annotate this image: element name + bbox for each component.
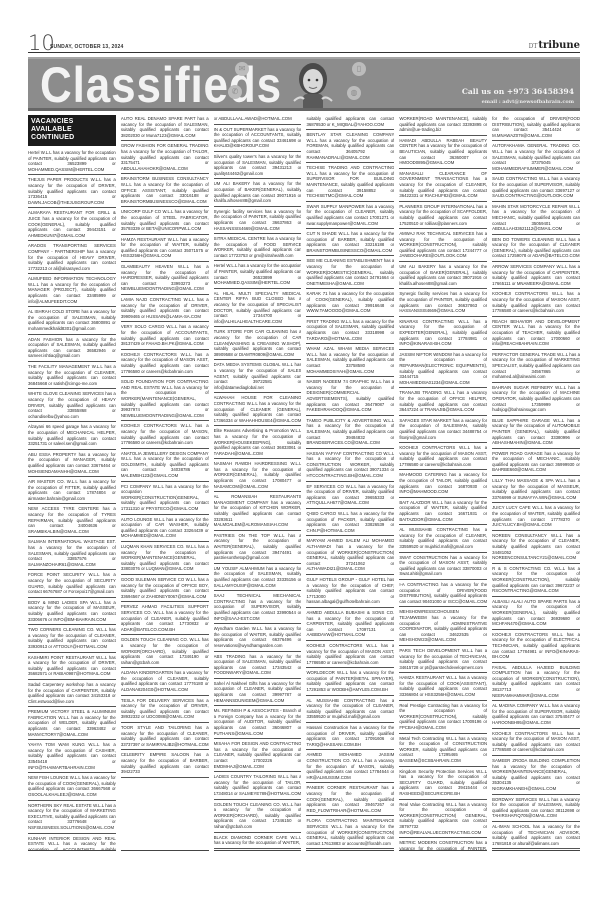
- ad-text: AIR MASTER CO. W.L.L has a vacancy for t…: [28, 479, 116, 501]
- classified-ad: KARAK 71 has a vacancy for the occupatio…: [306, 290, 394, 316]
- ad-text: HASSAN YAFYAF CONTRACTING CO W.L.L has a…: [306, 451, 394, 479]
- classified-ad: LADIES COUNTRY TAILORING W.L.L has a vac…: [214, 773, 302, 799]
- classified-ad: FLORA CONTRACTING MAINTENANCE SERVICES W…: [306, 817, 394, 849]
- classified-ad: Hertel W.L.L has a vacancy for the occup…: [214, 262, 302, 288]
- ad-text: GOLDEN TOUCH CLEANING CO. W.L.L has a va…: [214, 802, 302, 830]
- ad-text: TURK STORE FOR CAR CLEANING has a vacanc…: [214, 329, 302, 357]
- classified-ad: BORDWAY SERVICES W.L.L has a vacancy for…: [492, 796, 580, 822]
- ad-list: suitably qualified applicants can contac…: [306, 115, 394, 851]
- ad-text: KOOHEJI CONTRACTORS W.L.L has a vacancy …: [399, 445, 487, 467]
- classified-ad: ABU ESSA PROPERTY has a vacancy for the …: [28, 451, 116, 477]
- ad-text: FLORA CONTRACTING MAINTENANCE SERVICES W…: [306, 818, 394, 846]
- ad-text: BRAINSTORM BUSINESS CONSULTANCY W.L.L ha…: [121, 176, 209, 204]
- call-us-label: Call us on +973 36458394: [462, 87, 574, 96]
- ad-text: ABS TRADING has a vacancy for the occupa…: [214, 654, 302, 676]
- classified-ad: MAHIN STAR MOTORCYCLE REPAIR W.L.L has a…: [492, 203, 580, 235]
- ad-text: GULF HOTELS GROUP - GULF HOTEL has a vac…: [306, 577, 394, 605]
- ad-text: TWO CORNERS CLEANING CO. W.L.L has a vac…: [28, 627, 116, 649]
- classified-ad: Synergic facility services has a vacancy…: [214, 208, 302, 234]
- ad-text: SWAR SUPPLY MANPOWER has a vacancy for t…: [306, 204, 394, 226]
- ad-text: MARYAM AHMED SALEM ALI MOHAMED ALTHAWADI…: [306, 538, 394, 572]
- classified-ad: KOOHEJI CONTRACTORS W.L.L has a vacancy …: [121, 351, 209, 377]
- classified-ad: MANASALLI CLEARANCE OF GOVERNMENT TRANSA…: [399, 170, 487, 202]
- ad-text: JASSIM NIFTOR WINDOW has a vacancy for t…: [399, 352, 487, 386]
- classified-ad: NEW ACCESS TYRE CENTERE has a vacancy fo…: [28, 505, 116, 537]
- ad-text: BLUE SAPPHIRE GARAGE W.L.L has a vacancy…: [492, 418, 580, 446]
- ad-text: NOREEN CONSULTANCY W.L.L has a vacancy f…: [492, 533, 580, 561]
- classified-ad: UNITED ENTERPRISES TRADING CO. W.L.L has…: [306, 850, 394, 851]
- ad-text: BLACK DIAMOND CORNER CAFE W.L.L has a va…: [214, 835, 302, 846]
- ad-text: GLAMBEAUTY HEAVEN W.L.L has a vacancy fo…: [121, 264, 209, 292]
- ad-text: THEJUS PAPER PRODUCTS W.L.L has a vacanc…: [28, 177, 116, 205]
- ad-text: Ms. REFINISH P & ASSOCIATES - Branch of …: [214, 708, 302, 736]
- ad-text: BODY & MIND LADIES SPA W.L.L has a vacan…: [28, 600, 116, 622]
- classified-ad: ANATOLIA JEWELLERY DESIGN COMPANY W.L.L …: [121, 450, 209, 482]
- classified-ad: SAFAGES STAR MARKET has a vacancy for th…: [399, 417, 487, 443]
- ad-text: KUNHAR INTERIOR DESIGN AND REAL ESTATE W…: [28, 836, 116, 851]
- ad-text: GROW FASHION FOR GENERAL TRADING has a v…: [121, 143, 209, 171]
- classified-ad: GOOD SULEMAN SERVICE CO W.L.L has a vaca…: [121, 576, 209, 602]
- ad-text: NASMAH RAWDH HAIRDRESSING W.L.L has a va…: [214, 461, 302, 489]
- ad-text: AL MUSSAHIB CONTRACTING has a vacancy fo…: [306, 698, 394, 720]
- brand-logo: DTtribune: [529, 40, 580, 51]
- classified-ad: HAMZA RESTAURANT W.L.L has a vacancy for…: [121, 236, 209, 262]
- classified-ad: ALBASLI ALALI AUTO SPARE PARTS has a vac…: [492, 598, 580, 630]
- ad-text: AL ISHRAH COLD STORE has a vacancy for t…: [28, 309, 116, 331]
- classified-ad: AHMED ABDULLA BUBASHI & SONS CO. has a v…: [306, 609, 394, 641]
- ad-text: GOOD SULEMAN SERVICE CO W.L.L has a vaca…: [121, 577, 209, 599]
- classified-ad: AUTO REAL DENAMO SPARE PART has a vacanc…: [121, 115, 209, 141]
- ad-text: HAMZA RESTAURANT W.L.L has a vacancy for…: [121, 237, 209, 259]
- ad-text: Real Prestige Contracting has a vacancy …: [399, 703, 487, 731]
- ad-text: Metal Tech Contracting W.L.L has a vacan…: [399, 736, 487, 764]
- classified-ad: LILLY THAI MASSAGE & SPA W.L.L has a vac…: [492, 477, 580, 503]
- classified-ad: ARROW SERVICES COMPANY W.L.L has a vacan…: [492, 263, 580, 289]
- mobile-icon: ▯: [352, 62, 366, 76]
- classified-ad: GOLDEN TOUCH CLEANING CO. W.L.L has a va…: [121, 636, 209, 668]
- classified-ad: AIR MASTER CO. W.L.L has a vacancy for t…: [28, 478, 116, 504]
- ad-text: NORTHERN SKY REAL ESTATE W.L.L has a vac…: [28, 803, 116, 831]
- classified-ad: PREMIUM VICTORY STEEL & ALUMINIUM FABRIC…: [28, 708, 116, 740]
- classified-ad: SOLID FOUNDATION FOR CONTRACTING AND REA…: [121, 378, 209, 421]
- ad-text: REACH BEHAVIOR AND DEVELOPMENT CENTER W.…: [492, 319, 580, 347]
- ad-text: LADIES COUNTRY TAILORING W.L.L has a vac…: [214, 774, 302, 796]
- classified-ad: SWAR SUPPLY MANPOWER has a vacancy for t…: [306, 203, 394, 229]
- ad-text: LAMIA NAJD CONTRACTING W.L.L has a vacan…: [121, 297, 209, 319]
- phone-icon: ✆: [228, 85, 242, 99]
- classified-ad: Wyndham Garden W.L.L has a vacancy for t…: [214, 625, 302, 651]
- classified-ad: KOOHEJI CONTRACTORS W.L.L has a vacancy …: [121, 422, 209, 448]
- classifieds-banner: Classifieds ✉ ✆ ▯ ◍ Call us on +973 3645…: [28, 57, 580, 111]
- ad-text: AL HILAL MULTI SPECIALTY MEDICAL CENTER …: [214, 291, 302, 325]
- ad-text: UM ALI BAKERY has a vacancy for the occu…: [214, 181, 302, 203]
- ad-text: Synergic facility services has a vacancy…: [214, 209, 302, 231]
- classified-ad: SAAJ TECHNICAL MECHANICAL CONTRACTING ha…: [214, 592, 302, 624]
- ad-text: NEW ACCESS TYRE CENTERE has a vacancy fo…: [28, 506, 116, 534]
- classified-ad: SAMEER ZRODA BUILDING COMPLETION has a v…: [492, 757, 580, 795]
- ad-text: PERFACTOR GENERAL TRADE W.L.L has a vaca…: [492, 352, 580, 380]
- classified-ad: SAUD CONTRACTING W.L.L has a vacancy for…: [492, 175, 580, 201]
- ad-text: ALMARAYA RESTAURANT FOR GRILL & JUICE ha…: [28, 210, 116, 238]
- ad-text: AL-IMAN SCHOOL has a vacancy for the occ…: [492, 824, 580, 846]
- classified-ad: SWAT CONSTRUCTION has a vacancy for the …: [399, 554, 487, 580]
- classified-ad: UM YOUSIF ALMAHMUM has a vacancy for the…: [214, 565, 302, 591]
- classified-ad: Elite Reasons Advertising & Promotion W.…: [214, 427, 302, 459]
- classified-ad: HASSAN YAFYAF CONTRACTING CO W.L.L has a…: [306, 450, 394, 482]
- column-5: WORKER(ROAD MAINTENANCE), suitably quali…: [399, 115, 487, 851]
- ad-text: R & S CONTRACTING CO. W.L.L has a vacanc…: [492, 566, 580, 594]
- ad-text: ALBASLI ALALI AUTO SPARE PARTS has a vac…: [492, 599, 580, 627]
- brand-mark-icon: DT: [529, 43, 538, 50]
- ad-text: PANEER CORNER RESTAURANT has a vacancy f…: [306, 785, 394, 813]
- ad-text: Alzayani 66 speed garage has a vacancy f…: [28, 424, 116, 446]
- ad-text: KINARAS CONTRACTING W.L.L has a vacancy …: [399, 319, 487, 347]
- classified-ad: or ABDULLAAL.AWAD@HOTMAIL.COM: [214, 115, 302, 125]
- classified-ad: AL MUSSAHIB CONTRACTING has a vacancy fo…: [306, 697, 394, 723]
- ad-text: AL ROMANSIAH RESTAURANTS MANAGEMENT COMP…: [214, 494, 302, 528]
- ad-text: ALWAHAH HOUSE FOR CLEANING CONTRACTING W…: [214, 395, 302, 423]
- classified-ad: UM ALI BAKERY has a vacancy for the occu…: [214, 180, 302, 206]
- ad-text: KOOHEJI CONTRACTORS W.L.L has a vacancy …: [492, 731, 580, 753]
- classified-ad: ALMUFEED INFORMATION TECHNOLOGY W.L.L ha…: [28, 275, 116, 307]
- classified-ad: for the occupation of DRIVER(FOOD DISTRI…: [492, 115, 580, 141]
- classified-ad: FAISAL ABDULLA HAJEED BUILDING COMPLETIO…: [492, 664, 580, 702]
- classified-ad: JASSIM NIFTOR WINDOW has a vacancy for t…: [399, 351, 487, 389]
- classified-ad: AMWAJ RAK TECHNICAL SERVICES has a vacan…: [399, 230, 487, 262]
- classified-ad: TURK STORE FOR CAR CLEANING has a vacanc…: [214, 328, 302, 360]
- classified-ad: Synergic facility services has a vacancy…: [399, 290, 487, 316]
- classified-ad: Hertel W.L.L has a vacancy for the occup…: [28, 149, 116, 175]
- ad-text: KOOHEJI CONTRACTORS W.L.L has a vacancy …: [306, 643, 394, 665]
- classified-ad: FIRST TRADING W.L.L has a vacancy for th…: [306, 318, 394, 344]
- classified-ad: PARS TECH DEVELOPMENT W.L.L has a vacanc…: [399, 647, 487, 673]
- ad-text: Hertel W.L.L has a vacancy for the occup…: [214, 263, 302, 285]
- ad-text: DATA MEDIA SYSTEMS GLOBAL W.L.L has a va…: [214, 362, 302, 390]
- ad-text: Silver's quality tower's has a vacancy f…: [214, 154, 302, 176]
- ad-text: KARAK 71 has a vacancy for the occupatio…: [306, 291, 394, 313]
- classified-ad: KINARAS CONTRACTING W.L.L has a vacancy …: [399, 318, 487, 350]
- ad-text: TAMEO PUBLICITY & ADVERTISING W.L.L has …: [306, 418, 394, 446]
- classified-ad: PANEER CORNER RESTAURANT has a vacancy f…: [306, 784, 394, 816]
- ad-list: or ABDULLAAL.AWAD@HOTMAIL.COMIN & OUT SU…: [214, 115, 302, 849]
- ad-text: UM YOUSIF ALMAHMUM has a vacancy for the…: [214, 566, 302, 588]
- ad-text: SAUD CONTRACTING W.L.L has a vacancy for…: [492, 176, 580, 198]
- classified-ad: BEN DO TOWERS CLEANING W.L.L has a vacan…: [492, 236, 580, 262]
- classified-ad: AUTOFAKHAMA GENERAL TRADING CO. W.L.L ha…: [492, 142, 580, 174]
- ad-text: UNICORP GULF CO W.L.L has a vacancy for …: [121, 209, 209, 231]
- classified-ad: Metal Tech Contracting W.L.L has a vacan…: [399, 735, 487, 767]
- classified-ad: PERFACTOR GENERAL TRADE W.L.L has a vaca…: [492, 351, 580, 383]
- classified-ad: AL ISHRAH COLD STORE has a vacancy for t…: [28, 308, 116, 334]
- ad-text: MAHMOOD CATERING has a vacancy for the o…: [399, 472, 487, 494]
- classified-ad: IN & OUT SUPERMARKET has a vacancy for t…: [214, 126, 302, 152]
- classified-ad: NOREEN CONSULTANCY W.L.L has a vacancy f…: [492, 532, 580, 564]
- ad-text: or ABDULLAAL.AWAD@HOTMAIL.COM: [214, 116, 302, 122]
- ad-text: SALMAN INTERNATIONAL WASTAGE EST. has a …: [28, 539, 116, 567]
- classified-ad: Kingdom Security Protection Services W.L…: [399, 768, 487, 800]
- classified-ad: SEE ME CLEANING ESTABLISHMENT has a vaca…: [306, 257, 394, 289]
- classified-ad: TWO CORNERS CLEANING CO. W.L.L has a vac…: [28, 626, 116, 652]
- classified-ad: ALMARAYA RESTAURANT FOR GRILL & JUICE ha…: [28, 209, 116, 241]
- classified-ad: BENTLAY STAR CLEANING COMPANY W.L.L has …: [306, 131, 394, 163]
- ad-text: Q-BID CARGO W.L.L has a vacancy for the …: [306, 511, 394, 533]
- ad-text: HAMADI ABDULLA RABEAH BEAUTY CENTER has …: [399, 138, 487, 166]
- classified-ad: AL MADINA COMPANY W.L.L has a vacancy fo…: [492, 702, 580, 728]
- classified-ad: KOOHEJI CONTRACTORS W.L.L has a vacancy …: [399, 444, 487, 470]
- classified-ad: suitably qualified applicants can contac…: [306, 115, 394, 130]
- ad-text: Kingdom Security Protection Services W.L…: [399, 769, 487, 797]
- classified-ad: MISAHA FOR DESIGN AND CONTRACTING has a …: [214, 740, 302, 772]
- classified-ad: KOOHEJI CONTRACTORS W.L.L has a vacancy …: [306, 642, 394, 668]
- classified-ad: TRANAJIB TRADING W.L.L has a vacancy for…: [399, 389, 487, 415]
- ad-text: Elite Reasons Advertising & Promotion W.…: [214, 428, 302, 456]
- classified-ad: LAMIA NAJD CONTRACTING W.L.L has a vacan…: [121, 296, 209, 322]
- ad-list: for the occupation of DRIVER(FOOD DISTRI…: [492, 115, 580, 849]
- classified-ad: ABS TRADING has a vacancy for the occupa…: [214, 653, 302, 679]
- classified-ad: R & S CONTRACTING CO. W.L.L has a vacanc…: [492, 565, 580, 597]
- ad-text: PASTRIES ON THE TOP W.L.L has a vacancy …: [214, 533, 302, 561]
- page-date: SUNDAY, OCTOBER 13, 2024: [50, 44, 123, 50]
- ad-text: AUTO LOUNGE W.L.L has a vacancy for the …: [121, 517, 209, 539]
- header-rule: [28, 52, 580, 53]
- classified-ad: Real Prestige Contracting has a vacancy …: [399, 702, 487, 734]
- ad-text: ARROW SERVICES COMPANY W.L.L has a vacan…: [492, 264, 580, 286]
- ad-text: FAISAL ABDULLA HAJEED BUILDING COMPLETIO…: [492, 665, 580, 699]
- classified-ad: I-A CONTRACTING has a vacancy for the oc…: [399, 581, 487, 607]
- ad-text: AUTO REAL DENAMO SPARE PART has a vacanc…: [121, 116, 209, 138]
- classified-ad: DATA MEDIA SYSTEMS GLOBAL W.L.L has a va…: [214, 361, 302, 393]
- classified-ad: PCI COMPANY W.L.L has a vacancy for the …: [121, 483, 209, 515]
- ad-text: for the occupation of DRIVER(FOOD DISTRI…: [492, 116, 580, 138]
- ad-text: TRANAJIB TRADING W.L.L has a vacancy for…: [399, 390, 487, 412]
- ad-text: ALMUFEED INFORMATION TECHNOLOGY W.L.L ha…: [28, 276, 116, 304]
- classified-ad: Real Value Contracting W.L.L has a vacan…: [399, 801, 487, 839]
- column-2: AUTO REAL DENAMO SPARE PART has a vacanc…: [121, 115, 209, 851]
- classified-ad: WHITE GLOVE CLEANING SERVICES has a vaca…: [28, 390, 116, 422]
- ad-text: THE FACILITY MANAGEMENT W.L.L has a vaca…: [28, 364, 116, 386]
- ad-text: NEW FISH LOUNGE W.L.L has a vacancy for …: [28, 775, 116, 797]
- classified-ad: MEHSHOWRESSCOHOUSEN TEJAMWEEM has a vaca…: [399, 608, 487, 646]
- classified-ad: GROW FASHION FOR GENERAL TRADING has a v…: [121, 142, 209, 174]
- ad-text: KOOHEJI CONTRACTORS W.L.L has a vacancy …: [121, 423, 209, 445]
- ad-text: MISAHA FOR DESIGN AND CONTRACTING has a …: [214, 741, 302, 769]
- ad-text: AHMED ABDULLA BUBASHI & SONS CO. has a v…: [306, 610, 394, 638]
- classified-ad: BAIT ALAZDOR W.L.L has a vacancy for the…: [399, 499, 487, 525]
- classified-ad: Sadad Carpentery workshop has a vacancy …: [28, 681, 116, 707]
- classified-ad: Sahel Al Nakheel Gifts has a vacancy for…: [214, 680, 302, 706]
- ad-text: JUICY LUCY CAFE W.L.L has a vacancy for …: [492, 505, 580, 527]
- classified-ad: HAMADI ABDULLA RABEAH BEAUTY CENTER has …: [399, 137, 487, 169]
- classified-ad: TOOR STYLE AND TAILORING has a vacancy f…: [121, 724, 209, 750]
- classified-ad: JUICY LUCY CAFE W.L.L has a vacancy for …: [492, 504, 580, 530]
- ad-text: WHAM AZAL WHAM MEDIA SERVICES W.L.L has …: [306, 346, 394, 374]
- ad-text: AHMED MOHAMED JASSIM CONSTRUCTION CO. W.…: [306, 752, 394, 780]
- ad-text: BENTLAY STAR CLEANING COMPANY W.L.L has …: [306, 132, 394, 160]
- classified-ad: LUQMAN KHAN SERVICES CO. W.L.L has a vac…: [121, 543, 209, 575]
- email-icon: ✉: [235, 62, 249, 76]
- ad-text: ANATOLIA JEWELLERY DESIGN COMPANY W.L.L …: [121, 451, 209, 479]
- ad-text: Real Value Contracting W.L.L has a vacan…: [399, 802, 487, 836]
- ad-text: ABU ESSA PROPERTY has a vacancy for the …: [28, 452, 116, 474]
- classified-ad: SALMAN INTERNATIONAL WASTAGE EST. has a …: [28, 538, 116, 570]
- ad-text: SWAT CONSTRUCTION has a vacancy for the …: [399, 555, 487, 577]
- classified-ad: VERY SOLO CARGO W.L.L has a vacancy for …: [121, 323, 209, 349]
- classified-ad: NASER NADEEM 74 GRAPHIC W.L.L has a vaca…: [306, 378, 394, 416]
- ad-text: BEN DO TOWERS CLEANING W.L.L has a vacan…: [492, 237, 580, 259]
- ad-text: MAHIN STAR MOTORCYCLE REPAIR W.L.L has a…: [492, 204, 580, 232]
- classified-ad: AUTO LOUNGE W.L.L has a vacancy for the …: [121, 516, 209, 542]
- page-number: 10: [28, 33, 55, 53]
- ad-text: SAFAGES STAR MARKET has a vacancy for th…: [399, 418, 487, 440]
- classified-ad: AHMED MOHAMED JASSIM CONSTRUCTION CO. W.…: [306, 751, 394, 783]
- classified-ad: TESLA FOR DELIVERY SERVICES has a vacanc…: [121, 697, 209, 723]
- ad-text: VERY SOLO CARGO W.L.L has a vacancy for …: [121, 324, 209, 346]
- ad-text: I-A CONTRACTING has a vacancy for the oc…: [399, 582, 487, 604]
- classified-ad: UM ALI BAKERY has a vacancy for the occu…: [399, 263, 487, 289]
- classified-ad: AL ROMANSIAH RESTAURANTS MANAGEMENT COMP…: [214, 493, 302, 531]
- column-1: VACANCIES AVAILABLE CONTINUED Hertel W.L…: [28, 115, 116, 851]
- globe-icon: ◍: [347, 86, 361, 100]
- classified-ad: KUNHAR INTERIOR DESIGN AND REAL ESTATE W…: [28, 835, 116, 851]
- classified-ad: GLAMBEAUTY HEAVEN W.L.L has a vacancy fo…: [121, 263, 209, 295]
- ad-text: IN & OUT SUPERMARKET has a vacancy for t…: [214, 127, 302, 149]
- column-3: or ABDULLAAL.AWAD@HOTMAIL.COMIN & OUT SU…: [214, 115, 302, 851]
- ad-text: CUT N SHADE W.L.L has a vacancy for the …: [306, 231, 394, 253]
- classified-ad: ALDANA KINDERGARTEN has a vacancy for th…: [121, 669, 209, 695]
- classified-ad: UNICORP GULF CO W.L.L has a vacancy for …: [121, 208, 209, 234]
- classified-ad: EF SERVICES CO W.L.L has a vacancy for t…: [306, 483, 394, 509]
- classified-ad: NASMAH RAWDH HAIRDRESSING W.L.L has a va…: [214, 460, 302, 492]
- ad-text: GOLDEN TOUCH CLEANING CO. W.L.L has a va…: [121, 637, 209, 665]
- classified-ad: BLUE SAPPHIRE GARAGE W.L.L has a vacancy…: [492, 417, 580, 449]
- classified-ad: MAHMOOD CATERING has a vacancy for the o…: [399, 471, 487, 497]
- ad-text: ADAN FASHION has a vacancy for the occup…: [28, 337, 116, 359]
- classified-ad: Q-BID CARGO W.L.L has a vacancy for the …: [306, 510, 394, 536]
- classified-ad: REACH BEHAVIOR AND DEVELOPMENT CENTER W.…: [492, 318, 580, 350]
- ad-text: Sadad Carpentery workshop has a vacancy …: [28, 682, 116, 704]
- classified-ad: NEW FISH LOUNGE W.L.L has a vacancy for …: [28, 774, 116, 800]
- classified-ad: KASHMIRI POINT RESTAURANT W.L.L has a va…: [28, 654, 116, 680]
- ad-text: KASHMIRI POINT RESTAURANT W.L.L has a va…: [28, 655, 116, 677]
- classified-ad: THE FACILITY MANAGEMENT W.L.L has a vaca…: [28, 363, 116, 389]
- classified-ad: NORTHERN SKY REAL ESTATE W.L.L has a vac…: [28, 802, 116, 834]
- ad-text: TOOR STYLE AND TAILORING has a vacancy f…: [121, 725, 209, 747]
- column-4: suitably qualified applicants can contac…: [306, 115, 394, 851]
- ad-text: BORDWAY SERVICES W.L.L has a vacancy for…: [492, 797, 580, 819]
- ad-text: KOOHEJI CONTRACTORS W.L.L has a vacancy …: [121, 352, 209, 374]
- classified-ad: METRIC MODERN CONSTRUCTION has a vacancy…: [399, 839, 487, 851]
- ad-list: Hertel W.L.L has a vacancy for the occup…: [28, 149, 116, 851]
- ad-text: SOLID FOUNDATION FOR CONTRACTING AND REA…: [121, 379, 209, 418]
- classified-ad: Ms. REFINISH P & ASSOCIATES - Branch of …: [214, 707, 302, 739]
- classified-columns: VACANCIES AVAILABLE CONTINUED Hertel W.L…: [28, 115, 580, 850]
- ad-text: TESLA FOR DELIVERY SERVICES has a vacanc…: [121, 698, 209, 720]
- classified-ad: AL MUSSAHIB CONTRACTING has a vacancy fo…: [399, 526, 487, 552]
- classified-ad: Silver's quality tower's has a vacancy f…: [214, 153, 302, 179]
- ad-text: Wyndham Garden W.L.L has a vacancy for t…: [214, 626, 302, 648]
- ad-text: Synergic facility services has a vacancy…: [399, 291, 487, 313]
- classified-ad: KOOHEJI CONTRACTORS W.L.L has a vacancy …: [492, 290, 580, 316]
- ad-text: AMWAJ RAK TECHNICAL SERVICES has a vacan…: [399, 231, 487, 259]
- ad-text: BAHRAIN SUGAR REFINERY W.L.L has a vacan…: [492, 385, 580, 413]
- classified-ad: ARADOS TRANSPORTING SERVICES COMPANY - P…: [28, 242, 116, 274]
- classified-ad: WORLDECOR W.L.L has a vacancy for the oc…: [306, 669, 394, 695]
- ad-text: PCI COMPANY W.L.L has a vacancy for the …: [121, 484, 209, 512]
- ad-list: AUTO REAL DENAMO SPARE PART has a vacanc…: [121, 115, 209, 778]
- classified-ad: TECHISE TRADING AND CONTRACTING W.L.L ha…: [306, 164, 394, 202]
- classified-ad: THEJUS PAPER PRODUCTS W.L.L has a vacanc…: [28, 176, 116, 208]
- classified-ad: ALWAHAH HOUSE FOR CLEANING CONTRACTING W…: [214, 394, 302, 426]
- ad-text: WORLDECOR W.L.L has a vacancy for the oc…: [306, 670, 394, 692]
- ad-text: PLANNERS GROUP INTERNATIONAL has a vacan…: [399, 204, 487, 226]
- ad-text: WHITE GLOVE CLEANING SERVICES has a vaca…: [28, 391, 116, 419]
- classified-ad: ADAN FASHION has a vacancy for the occup…: [28, 336, 116, 362]
- ad-text: PARS TECH DEVELOPMENT W.L.L has a vacanc…: [399, 648, 487, 670]
- ad-text: ARADOS TRANSPORTING SERVICES COMPANY - P…: [28, 243, 116, 271]
- classified-ad: FORCE POINT SECURITY W.L.L has a vacancy…: [28, 571, 116, 597]
- ad-text: MEHSHOWRESSCOHOUSEN TEJAMWEEM has a vaca…: [399, 609, 487, 643]
- classified-ad: GOLDEN TOUCH CLEANING CO. W.L.L has a va…: [214, 801, 302, 833]
- ad-text: YAHYA TOM WAM KUNG W.L.L has a vacancy f…: [28, 742, 116, 770]
- ad-text: FIRST TRADING W.L.L has a vacancy for th…: [306, 319, 394, 341]
- classified-ad: Hassani Construction has a vacancy for t…: [306, 724, 394, 750]
- ad-text: TECHISE TRADING AND CONTRACTING W.L.L ha…: [306, 165, 394, 199]
- ad-text: SEE ME CLEANING ESTABLISHMENT has a vaca…: [306, 258, 394, 286]
- ad-text: AUTOFAKHAMA GENERAL TRADING CO. W.L.L ha…: [492, 143, 580, 171]
- ad-text: Hassani Construction has a vacancy for t…: [306, 725, 394, 747]
- classified-ad: PASTRIES ON THE TOP W.L.L has a vacancy …: [214, 532, 302, 564]
- ad-text: NASER NADEEM 74 GRAPHIC W.L.L has a vaca…: [306, 379, 394, 413]
- ad-text: LUQMAN KHAN SERVICES CO. W.L.L has a vac…: [121, 544, 209, 572]
- email-label: email : advt@newsofbahrain.com: [482, 99, 574, 105]
- classified-ad: AL-IMAN SCHOOL has a vacancy for the occ…: [492, 823, 580, 849]
- ad-text: SAAJ TECHNICAL MECHANICAL CONTRACTING ha…: [214, 593, 302, 621]
- brand-name: tribune: [538, 40, 580, 51]
- classified-ad: TAMEO PUBLICITY & ADVERTISING W.L.L has …: [306, 417, 394, 449]
- classified-ad: PLANNERS GROUP INTERNATIONAL has a vacan…: [399, 203, 487, 229]
- ad-text: POWER ROAD GARAGE has a vacancy for the …: [492, 451, 580, 473]
- ad-text: Sahel Al Nakheel Gifts has a vacancy for…: [214, 681, 302, 703]
- ad-text: LILLY THAI MASSAGE & SPA W.L.L has a vac…: [492, 478, 580, 500]
- ad-text: KOOHEJI CONTRACTORS W.L.L has a vacancy …: [492, 291, 580, 313]
- ad-text: PREMIUM VICTORY STEEL & ALUMINIUM FABRIC…: [28, 709, 116, 737]
- classified-ad: HAMZA RESTAURANT W.L.L has a vacancy for…: [399, 674, 487, 700]
- ad-list: WORKER(ROAD MAINTENANCE), suitably quali…: [399, 115, 487, 851]
- ad-text: AL MUSSAHIB CONTRACTING has a vacancy fo…: [399, 527, 487, 549]
- ad-text: CELEBRITY EMPIRE SALOON has a vacancy fo…: [121, 752, 209, 774]
- classified-ad: AL HILAL MULTI SPECIALTY MEDICAL CENTER …: [214, 290, 302, 328]
- ad-text: AL MADINA COMPANY W.L.L has a vacancy fo…: [492, 703, 580, 725]
- ad-text: FORCE POINT SECURITY W.L.L has a vacancy…: [28, 572, 116, 594]
- classified-ad: MARYAM AHMED SALEM ALI MOHAMED ALTHAWADI…: [306, 537, 394, 575]
- classified-ad: POWER ROAD GARAGE has a vacancy for the …: [492, 450, 580, 476]
- classified-ad: PERVEZ AHMAD FACILITIES SUPPORT SERVICES…: [121, 603, 209, 635]
- classified-ad: Alzayani 66 speed garage has a vacancy f…: [28, 423, 116, 449]
- classified-ad: CUT N SHADE W.L.L has a vacancy for the …: [306, 230, 394, 256]
- classified-ad: BRAINSTORM BUSINESS CONSULTANCY W.L.L ha…: [121, 175, 209, 207]
- ad-text: WORKER(ROAD MAINTENANCE), suitably quali…: [399, 116, 487, 133]
- classified-ad: KOOHEJI CONTRACTORS W.L.L has a vacancy …: [492, 631, 580, 663]
- column-6: for the occupation of DRIVER(FOOD DISTRI…: [492, 115, 580, 851]
- ad-text: BAIT ALAZDOR W.L.L has a vacancy for the…: [399, 500, 487, 522]
- classified-ad: BODY & MIND LADIES SPA W.L.L has a vacan…: [28, 599, 116, 625]
- classified-ad: YAHYA TOM WAM KUNG W.L.L has a vacancy f…: [28, 741, 116, 773]
- classified-ad: KOOHEJI CONTRACTORS W.L.L has a vacancy …: [492, 730, 580, 756]
- classified-ad: WORKER(ROAD MAINTENANCE), suitably quali…: [399, 115, 487, 136]
- ad-text: KOOHEJI CONTRACTORS W.L.L has a vacancy …: [492, 632, 580, 660]
- ad-text: SAMEER ZRODA BUILDING COMPLETION has a v…: [492, 758, 580, 792]
- ad-text: METRIC MODERN CONSTRUCTION has a vacancy…: [399, 840, 487, 851]
